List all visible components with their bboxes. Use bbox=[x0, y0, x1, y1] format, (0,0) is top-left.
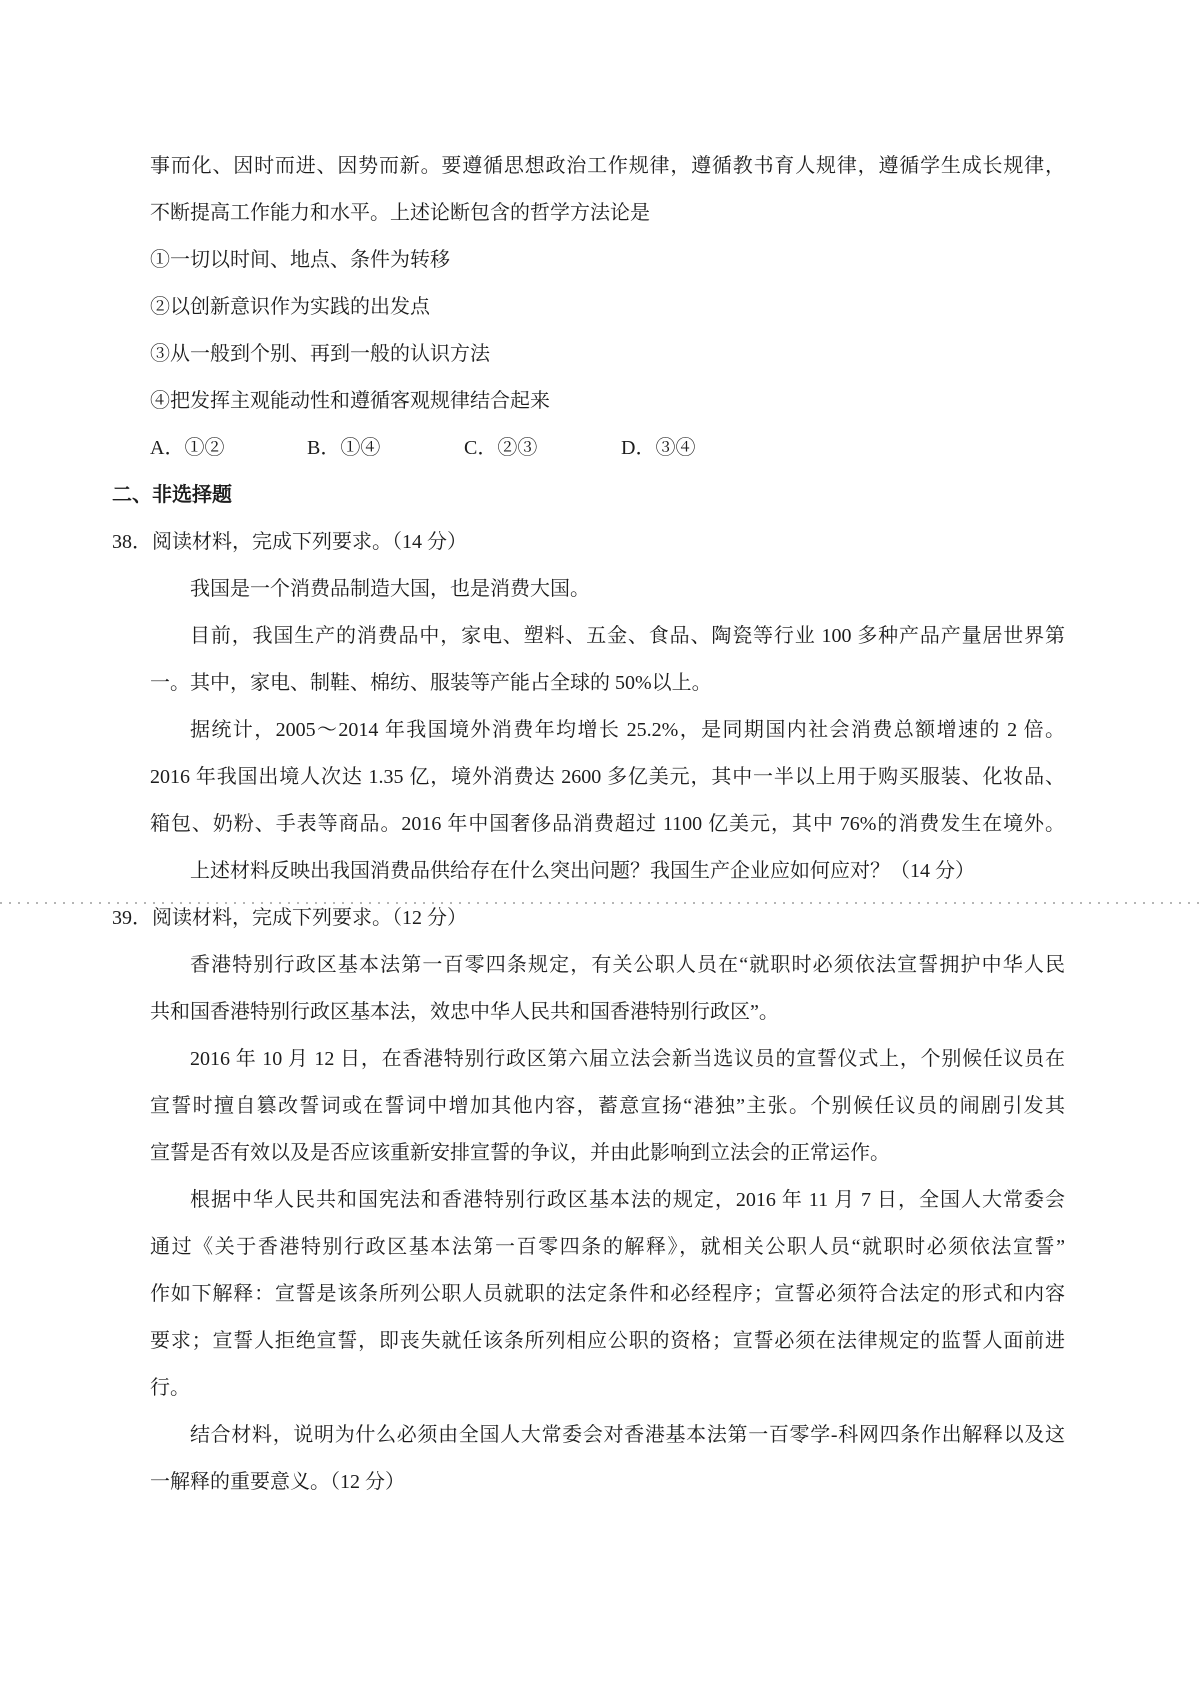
question-37-statement-3: ③从一般到个别、再到一般的认识方法 bbox=[150, 331, 1065, 378]
question-37-options-row: A．①②B．①④C．②③D．③④ bbox=[150, 425, 1065, 472]
section-2-heading: 二、非选择题 bbox=[112, 472, 1065, 519]
question-38-material-line: 据统计，2005～2014 年我国境外消费年均增长 25.2%，是同期国内社会消… bbox=[150, 707, 1065, 754]
question-39-material-line: 作如下解释：宣誓是该条所列公职人员就职的法定条件和必经程序；宣誓必须符合法定的形… bbox=[150, 1271, 1065, 1318]
exam-text-block: 事而化、因时而进、因势而新。要遵循思想政治工作规律，遵循教书育人规律，遵循学生成… bbox=[150, 143, 1065, 1506]
question-37-statement-2: ②以创新意识作为实践的出发点 bbox=[150, 284, 1065, 331]
option-a: A．①② bbox=[150, 425, 307, 472]
page-break-divider bbox=[0, 902, 1200, 904]
option-c: C．②③ bbox=[464, 425, 621, 472]
question-37-statement-1: ①一切以时间、地点、条件为转移 bbox=[150, 237, 1065, 284]
question-39-material-line: 香港特别行政区基本法第一百零四条规定，有关公职人员在“就职时必须依法宣誓拥护中华… bbox=[150, 942, 1065, 989]
question-39-task-line: 一解释的重要意义。（12 分） bbox=[150, 1459, 1065, 1506]
question-39-material-line: 要求；宣誓人拒绝宣誓，即丧失就任该条所列相应公职的资格；宣誓必须在法律规定的监誓… bbox=[150, 1318, 1065, 1365]
question-39-material-line: 通过《关于香港特别行政区基本法第一百零四条的解释》，就相关公职人员“就职时必须依… bbox=[150, 1224, 1065, 1271]
question-39-material-line: 2016 年 10 月 12 日，在香港特别行政区第六届立法会新当选议员的宣誓仪… bbox=[150, 1036, 1065, 1083]
question-38-prompt: 阅读材料，完成下列要求。（14 分） bbox=[152, 531, 467, 553]
question-38-material-line: 我国是一个消费品制造大国，也是消费大国。 bbox=[150, 566, 1065, 613]
question-38-material-line: 一。其中，家电、制鞋、棉纺、服装等产能占全球的 50%以上。 bbox=[150, 660, 1065, 707]
question-37-stem-line-1: 事而化、因时而进、因势而新。要遵循思想政治工作规律，遵循教书育人规律，遵循学生成… bbox=[150, 143, 1065, 190]
question-39-material-line: 共和国香港特别行政区基本法，效忠中华人民共和国香港特别行政区”。 bbox=[150, 989, 1065, 1036]
question-38-number: 38． bbox=[112, 531, 152, 553]
question-39-material-line: 根据中华人民共和国宪法和香港特别行政区基本法的规定，2016 年 11 月 7 … bbox=[150, 1177, 1065, 1224]
question-37-stem-line-2: 不断提高工作能力和水平。上述论断包含的哲学方法论是 bbox=[150, 190, 1065, 237]
question-39-material-line: 宣誓是否有效以及是否应该重新安排宣誓的争议，并由此影响到立法会的正常运作。 bbox=[150, 1130, 1065, 1177]
question-37-statement-4: ④把发挥主观能动性和遵循客观规律结合起来 bbox=[150, 378, 1065, 425]
question-39-prompt: 阅读材料，完成下列要求。（12 分） bbox=[152, 907, 467, 929]
question-38-material-line: 目前，我国生产的消费品中，家电、塑料、五金、食品、陶瓷等行业 100 多种产品产… bbox=[150, 613, 1065, 660]
question-38-task-line: 上述材料反映出我国消费品供给存在什么突出问题？我国生产企业应如何应对？（14 分… bbox=[150, 848, 1065, 895]
exam-page: 事而化、因时而进、因势而新。要遵循思想政治工作规律，遵循教书育人规律，遵循学生成… bbox=[0, 0, 1200, 1698]
question-38-material-line: 2016 年我国出境人次达 1.35 亿，境外消费达 2600 多亿美元，其中一… bbox=[150, 754, 1065, 801]
question-39-number: 39． bbox=[112, 907, 152, 929]
question-39-material-line: 宣誓时擅自篡改誓词或在誓词中增加其他内容，蓄意宣扬“港独”主张。个别候任议员的闹… bbox=[150, 1083, 1065, 1130]
question-38-material-line: 箱包、奶粉、手表等商品。2016 年中国奢侈品消费超过 1100 亿美元，其中 … bbox=[150, 801, 1065, 848]
option-d: D．③④ bbox=[621, 425, 695, 472]
question-39-task-line: 结合材料，说明为什么必须由全国人大常委会对香港基本法第一百零学-科网四条作出解释… bbox=[150, 1412, 1065, 1459]
question-39-material-line: 行。 bbox=[150, 1365, 1065, 1412]
question-38-prompt-line: 38．阅读材料，完成下列要求。（14 分） bbox=[112, 519, 1065, 566]
option-b: B．①④ bbox=[307, 425, 464, 472]
